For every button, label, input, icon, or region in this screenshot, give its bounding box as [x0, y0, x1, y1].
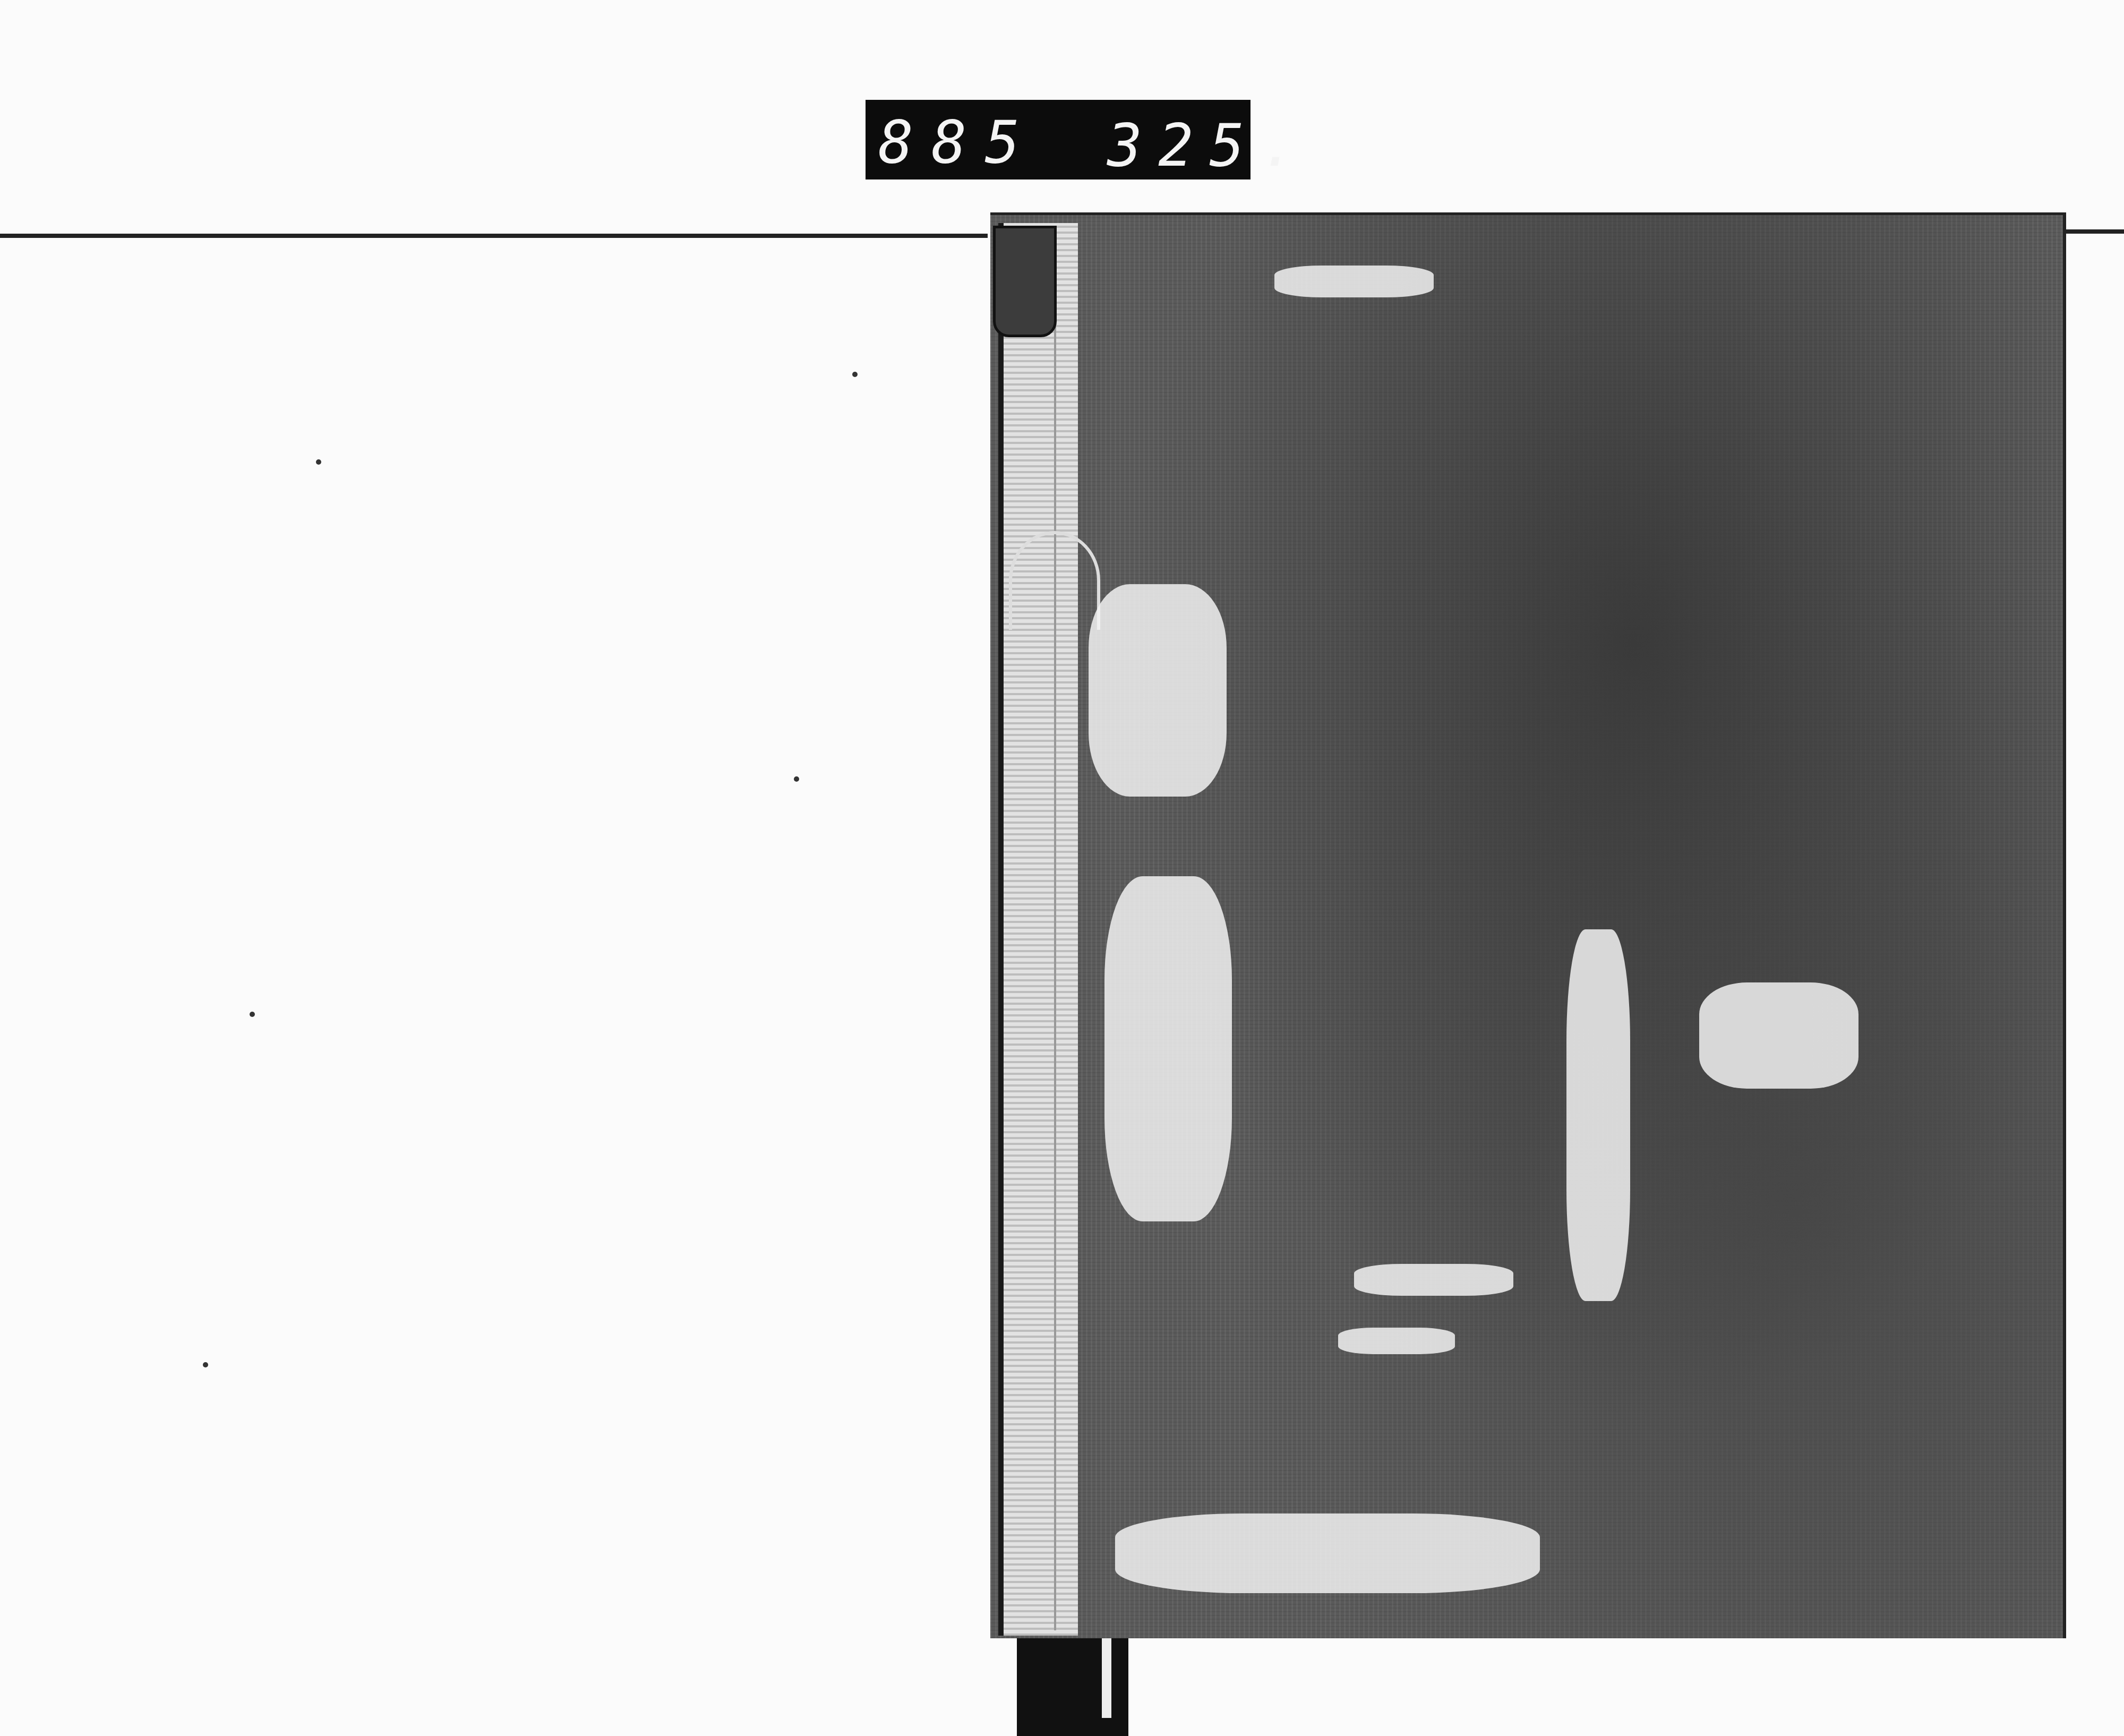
cover-wear-mark [1354, 1264, 1513, 1296]
cover-wear-mark [1699, 982, 1858, 1089]
cover-wear-mark [1089, 584, 1227, 797]
dust-speck [852, 372, 858, 377]
binding-line [1054, 228, 1056, 1630]
dust-speck [316, 459, 321, 465]
frame-number: 885 [878, 108, 1038, 176]
page-number: 325. [1107, 112, 1312, 179]
dust-speck [203, 1362, 208, 1367]
dust-speck [250, 1012, 255, 1017]
binding-thread-icon [1009, 531, 1100, 630]
dust-speck [794, 776, 799, 782]
cover-label-tab [993, 226, 1057, 337]
cover-wear-mark [1338, 1328, 1455, 1354]
frame-counter: 885 325. [866, 100, 1251, 179]
cover-wear-mark [1115, 1513, 1540, 1593]
cover-wear-mark [1104, 876, 1232, 1221]
scan-rule-line [0, 234, 988, 238]
cover-wear-mark [1274, 266, 1434, 297]
page-clip [1017, 1638, 1128, 1736]
cover-wear-mark [1566, 929, 1630, 1301]
book-spine [998, 223, 1078, 1636]
